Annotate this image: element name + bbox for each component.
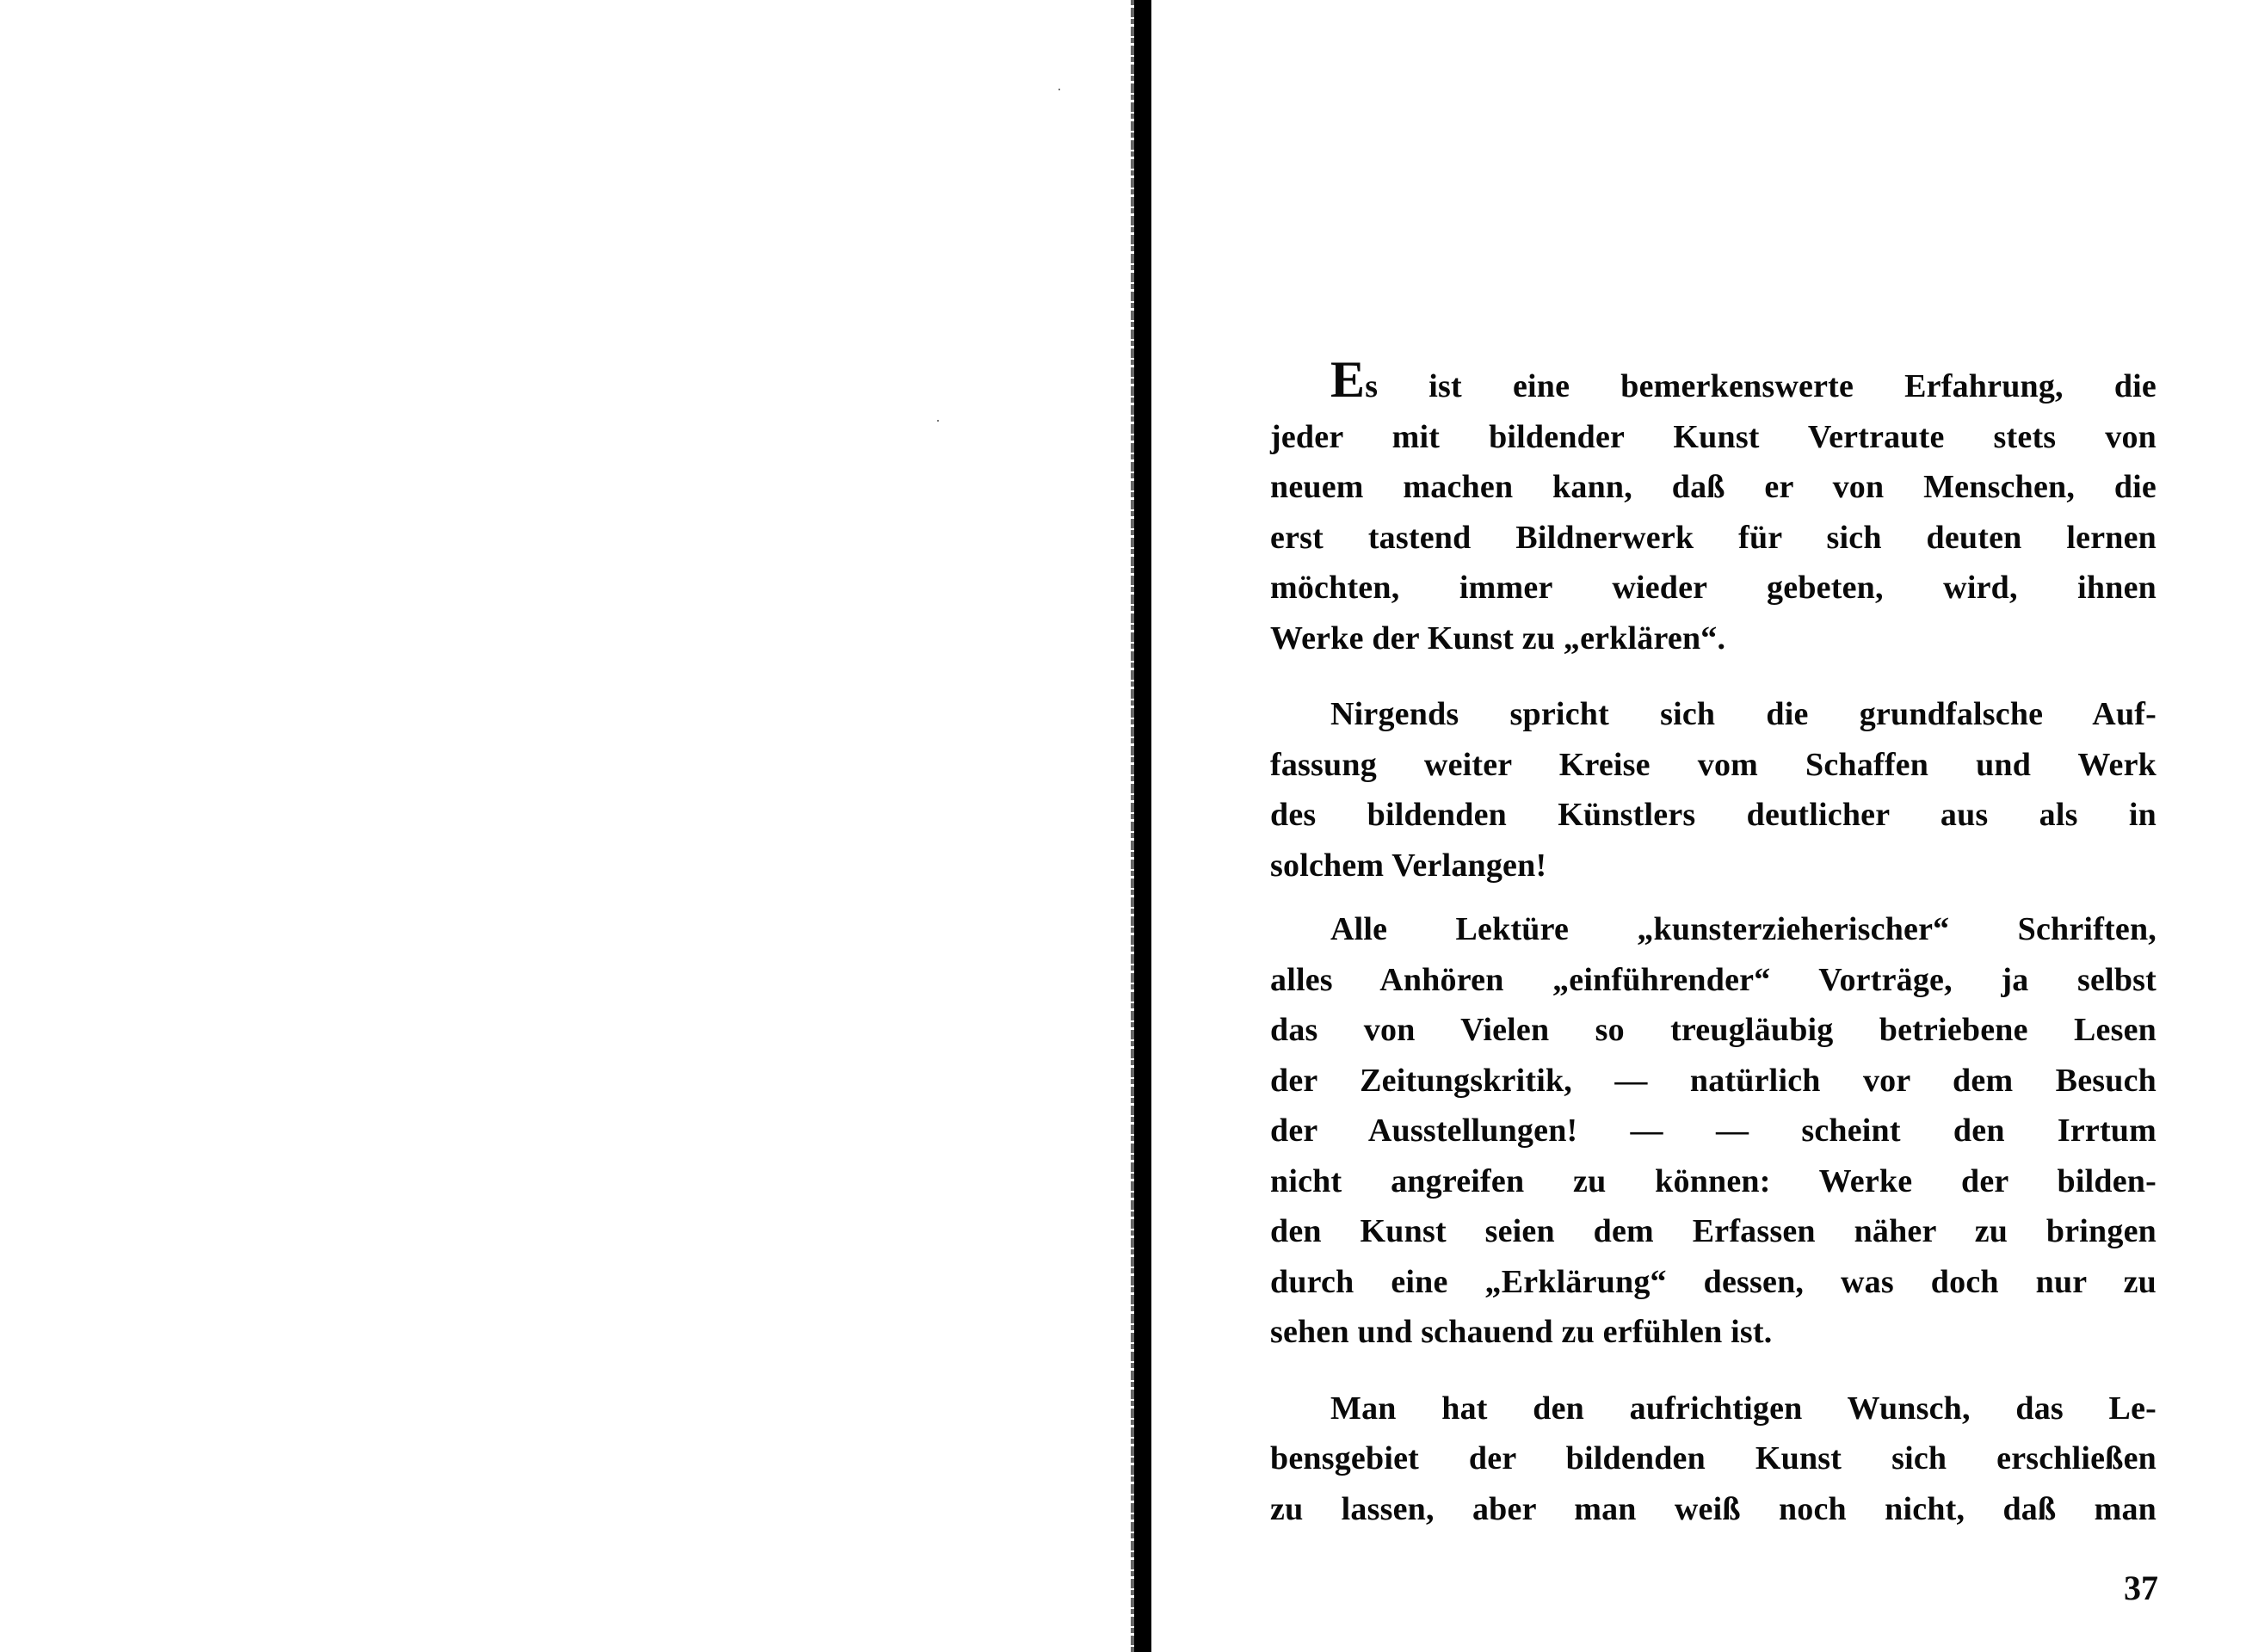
text-line: nicht angreifen zu können: Werke der bil… [1270, 1156, 2157, 1207]
body-text: Es ist eine bemerkenswerte Erfahrung, di… [1270, 361, 2157, 1534]
text-line: Alle Lektüre „kunsterzieherischer“ Schri… [1270, 904, 2157, 955]
drop-cap: E [1330, 351, 1365, 408]
text-line: solchem Verlangen! [1270, 841, 2157, 891]
page-number: 37 [2100, 1568, 2158, 1608]
text-line: den Kunst seien dem Erfassen näher zu br… [1270, 1206, 2157, 1257]
paragraph-2: Nirgends spricht sich die grundfalsche A… [1270, 689, 2157, 891]
paragraph-3: Alle Lektüre „kunsterzieherischer“ Schri… [1270, 904, 2157, 1358]
text-line: neuem machen kann, daß er von Menschen, … [1270, 462, 2157, 513]
text-line: sehen und schauend zu erfühlen ist. [1270, 1307, 2157, 1358]
text-line-content: s ist eine bemerkenswerte Erfahrung, die [1365, 368, 2157, 404]
left-page-blank [0, 0, 1134, 1652]
text-line: das von Vielen so treugläubig betriebene… [1270, 1005, 2157, 1056]
text-line: jeder mit bildender Kunst Vertraute stet… [1270, 412, 2157, 463]
text-line: durch eine „Erklärung“ dessen, was doch … [1270, 1257, 2157, 1308]
text-line: der Ausstellungen! — — scheint den Irrtu… [1270, 1106, 2157, 1156]
text-line: der Zeitungskritik, — natürlich vor dem … [1270, 1056, 2157, 1106]
text-line: möchten, immer wieder gebeten, wird, ihn… [1270, 563, 2157, 613]
text-line: Nirgends spricht sich die grundfalsche A… [1270, 689, 2157, 740]
paper-speck [937, 420, 939, 422]
paragraph-4: Man hat den aufrichtigen Wunsch, das Le-… [1270, 1384, 2157, 1535]
paper-speck [1058, 89, 1060, 90]
text-line: Werke der Kunst zu „erklären“. [1270, 613, 2157, 664]
paragraph-1: Es ist eine bemerkenswerte Erfahrung, di… [1270, 361, 2157, 663]
text-line: bensgebiet der bildenden Kunst sich ersc… [1270, 1433, 2157, 1484]
book-spine-gutter [1134, 0, 1151, 1652]
text-line: Es ist eine bemerkenswerte Erfahrung, di… [1270, 361, 2157, 412]
text-line: alles Anhören „einführender“ Vorträge, j… [1270, 955, 2157, 1006]
text-line: erst tastend Bildnerwerk für sich deuten… [1270, 513, 2157, 564]
text-line: Man hat den aufrichtigen Wunsch, das Le- [1270, 1384, 2157, 1434]
text-line: zu lassen, aber man weiß noch nicht, daß… [1270, 1484, 2157, 1535]
text-line: fassung weiter Kreise vom Schaffen und W… [1270, 740, 2157, 791]
text-line: des bildenden Künstlers deutlicher aus a… [1270, 790, 2157, 841]
